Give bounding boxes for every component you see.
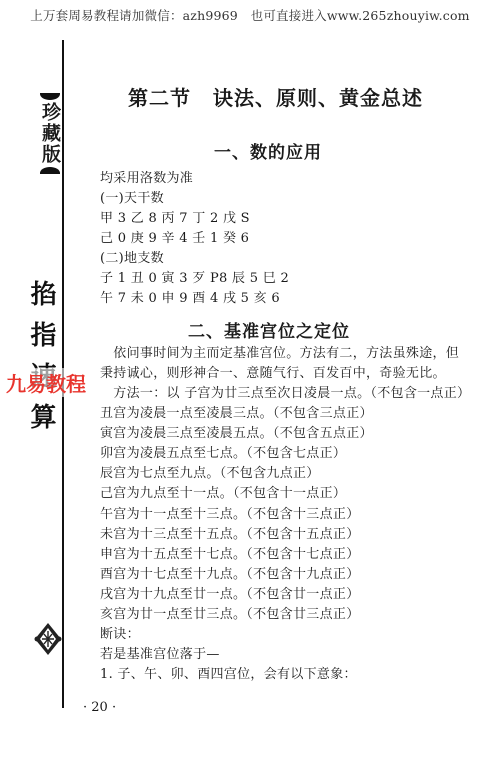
text-line: 卯宫为凌晨五点至七点。（不包含七点正） — [100, 446, 346, 462]
text-line: 依问事时间为主而定基准宫位。方法有二，方法虽殊途，但 — [100, 346, 459, 362]
chapter-title: 第二节诀法、原则、黄金总述 — [128, 82, 423, 111]
text-line: 方法一：以 子宫为廿三点至次日凌晨一点。（不包含一点正） — [100, 386, 470, 402]
section-heading-2: 二、基准宫位之定位 — [188, 317, 350, 342]
text-line: 未宫为十三点至十五点。（不包含十五点正） — [100, 527, 360, 543]
text-line: 子 1 丑 0 寅 3 歹 P8 辰 5 巳 2 — [100, 271, 289, 287]
watermark-overlay: 九易教程 — [6, 368, 86, 397]
chapter-name: 诀法、原则、黄金总述 — [213, 86, 423, 110]
bracket-bottom-icon — [40, 167, 60, 174]
text-line: 丑宫为凌晨一点至凌晨三点。（不包含三点正） — [100, 406, 373, 422]
text-line: (二)地支数 — [100, 251, 164, 267]
text-line: 辰宫为七点至九点。（不包含九点正） — [100, 466, 320, 482]
edition-tag: 珍藏版 — [40, 87, 60, 179]
text-line: 戌宫为十九点至廿一点。（不包含廿一点正） — [100, 587, 360, 603]
watermark-header: 上万套周易教程请加微信：azh9969 也可直接进入www.265zhouyiw… — [0, 6, 500, 24]
text-line: 1. 子、午、卯、酉四宫位，会有以下意象： — [100, 667, 357, 683]
section-heading-1: 一、数的应用 — [214, 138, 322, 163]
text-line: 秉持诚心，则形神合一、意随气行、百发百中，奇验无比。 — [100, 366, 446, 382]
text-line: 酉宫为十七点至十九点。（不包含十九点正） — [100, 567, 360, 583]
text-line: 均采用洛数为准 — [100, 171, 193, 187]
book-title-vertical: 掐指速算 — [34, 280, 60, 444]
text-line: 己 0 庚 9 辛 4 壬 1 癸 6 — [100, 231, 249, 247]
text-line: 午宫为十一点至十三点。（不包含十三点正） — [100, 507, 360, 523]
endless-knot-icon — [34, 622, 62, 656]
bracket-top-icon — [40, 93, 60, 100]
text-line: 己宫为九点至十一点。（不包含十一点正） — [100, 486, 346, 502]
text-line: (一)天干数 — [100, 191, 164, 207]
text-line: 寅宫为凌晨三点至凌晨五点。（不包含五点正） — [100, 426, 373, 442]
text-line: 申宫为十五点至十七点。（不包含十七点正） — [100, 547, 360, 563]
text-line: 甲 3 乙 8 丙 7 丁 2 戊 S — [100, 211, 250, 227]
edition-tag-label: 珍藏版 — [40, 100, 60, 167]
text-line: 若是基准宫位落于— — [100, 647, 220, 663]
text-line: 断诀： — [100, 627, 140, 643]
chapter-number: 第二节 — [128, 86, 191, 110]
text-line: 亥宫为廿一点至廿三点。（不包含廿三点正） — [100, 607, 360, 623]
text-line: 午 7 未 0 申 9 酉 4 戌 5 亥 6 — [100, 291, 280, 307]
page-number: · 20 · — [83, 700, 116, 715]
